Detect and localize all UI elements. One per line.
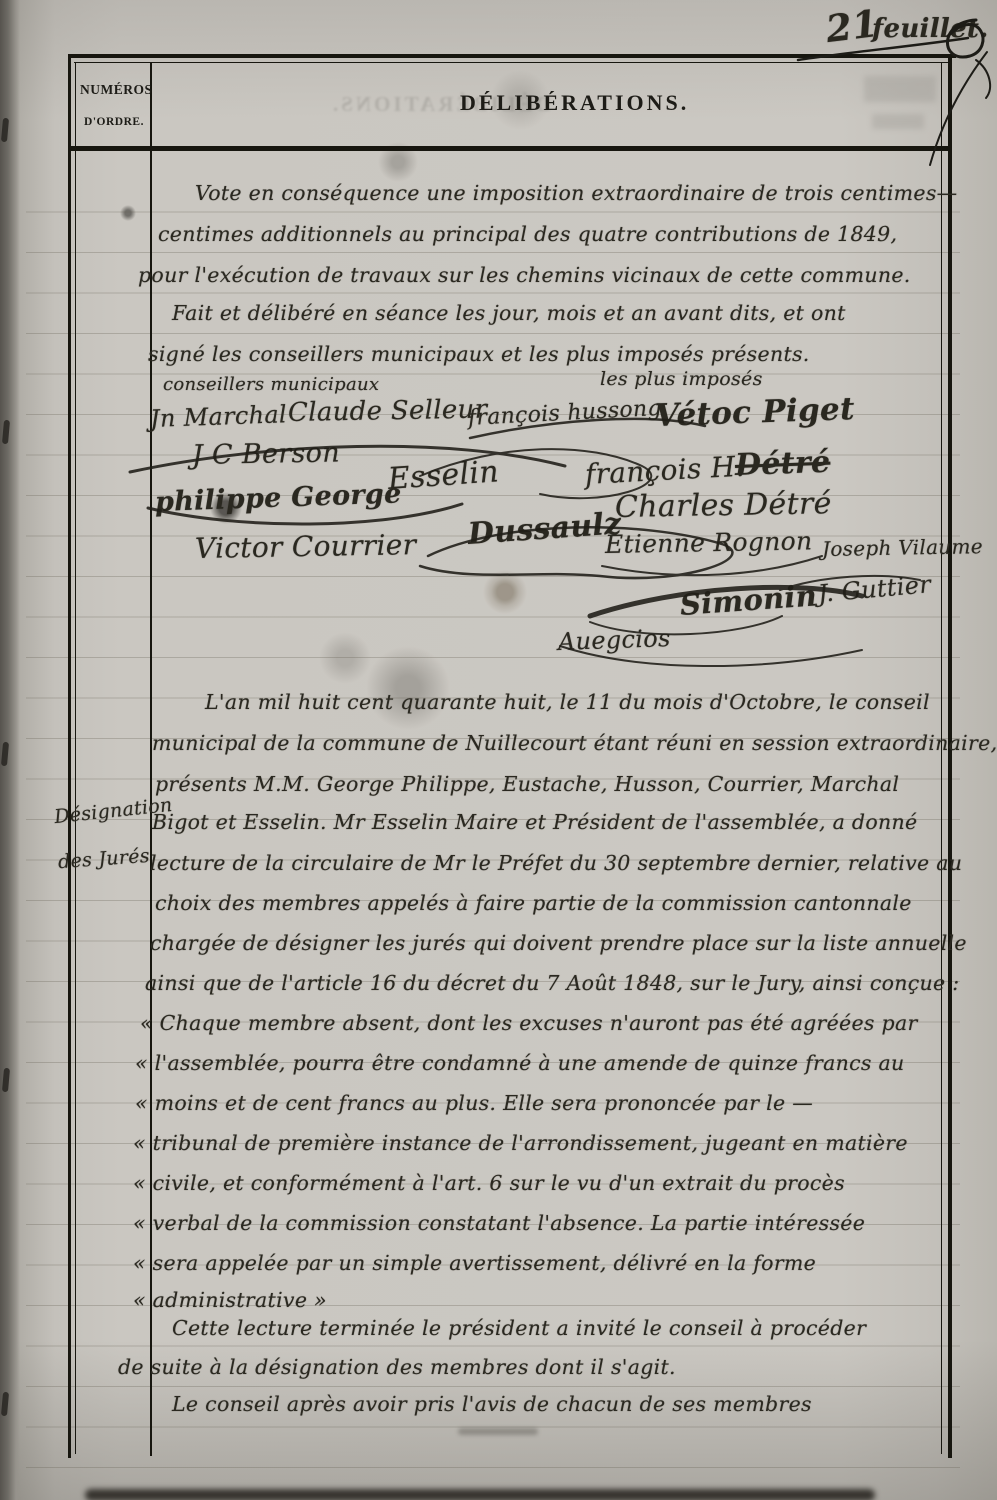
manuscript-line: Cette lecture terminée le président a in… — [172, 1316, 866, 1340]
manuscript-line: lecture de la circulaire de Mr le Préfet… — [150, 851, 962, 875]
frame-left-outer — [68, 54, 71, 1458]
ink-smudge — [458, 1428, 538, 1435]
frame-right-outer — [948, 54, 952, 1458]
margin-note-line2: des Jurés — [57, 845, 150, 873]
manuscript-line: Le conseil après avoir pris l'avis de ch… — [172, 1392, 812, 1416]
frame-right-inner — [941, 62, 942, 1454]
bottom-page-shadow — [85, 1489, 875, 1500]
manuscript-line: « moins et de cent francs au plus. Elle … — [135, 1091, 813, 1115]
manuscript-line: choix des membres appelés à faire partie… — [155, 891, 912, 915]
manuscript-line: municipal de la commune de Nuillecourt é… — [152, 731, 997, 755]
manuscript-line: « sera appelée par un simple avertisseme… — [133, 1251, 816, 1275]
manuscript-line: « civile, et conformément à l'art. 6 sur… — [133, 1171, 845, 1195]
deliberations-title: DÉLIBÉRATIONS. — [460, 90, 689, 116]
register-page: NUMÉROS D'ORDRE. DÉLIBÉRATIONS. DÉLIBÉRA… — [0, 0, 997, 1500]
manuscript-line: signé les conseillers municipaux et les … — [148, 342, 810, 366]
manuscript-line: Fait et délibéré en séance les jour, moi… — [172, 301, 846, 325]
manuscript-line: pour l'exécution de travaux sur les chem… — [138, 263, 911, 287]
manuscript-line: « Chaque membre absent, dont les excuses… — [140, 1011, 918, 1035]
manuscript-line: « l'assemblée, pourra être condamné à un… — [135, 1051, 905, 1075]
corner-paraph — [780, 0, 997, 180]
order-column-header-line2: D'ORDRE. — [80, 116, 148, 128]
frame-left-inner — [75, 62, 76, 1454]
manuscript-line: de suite à la désignation des membres do… — [118, 1355, 676, 1379]
manuscript-line: chargée de désigner les jurés qui doiven… — [150, 931, 967, 955]
manuscript-line: présents M.M. George Philippe, Eustache,… — [155, 772, 899, 796]
manuscript-line: Bigot et Esselin. Mr Esselin Maire et Pr… — [152, 810, 917, 834]
manuscript-line: « administrative » — [133, 1288, 327, 1312]
manuscript-line: Vote en conséquence une imposition extra… — [195, 181, 957, 205]
manuscript-line: centimes additionnels au principal des q… — [158, 222, 897, 246]
manuscript-line: ainsi que de l'article 16 du décret du 7… — [145, 971, 959, 995]
signature-flourishes — [120, 380, 980, 700]
manuscript-line: « tribunal de première instance de l'arr… — [133, 1131, 908, 1155]
manuscript-line: « verbal de la commission constatant l'a… — [133, 1211, 865, 1235]
order-column-header-line1: NUMÉROS — [80, 82, 148, 98]
